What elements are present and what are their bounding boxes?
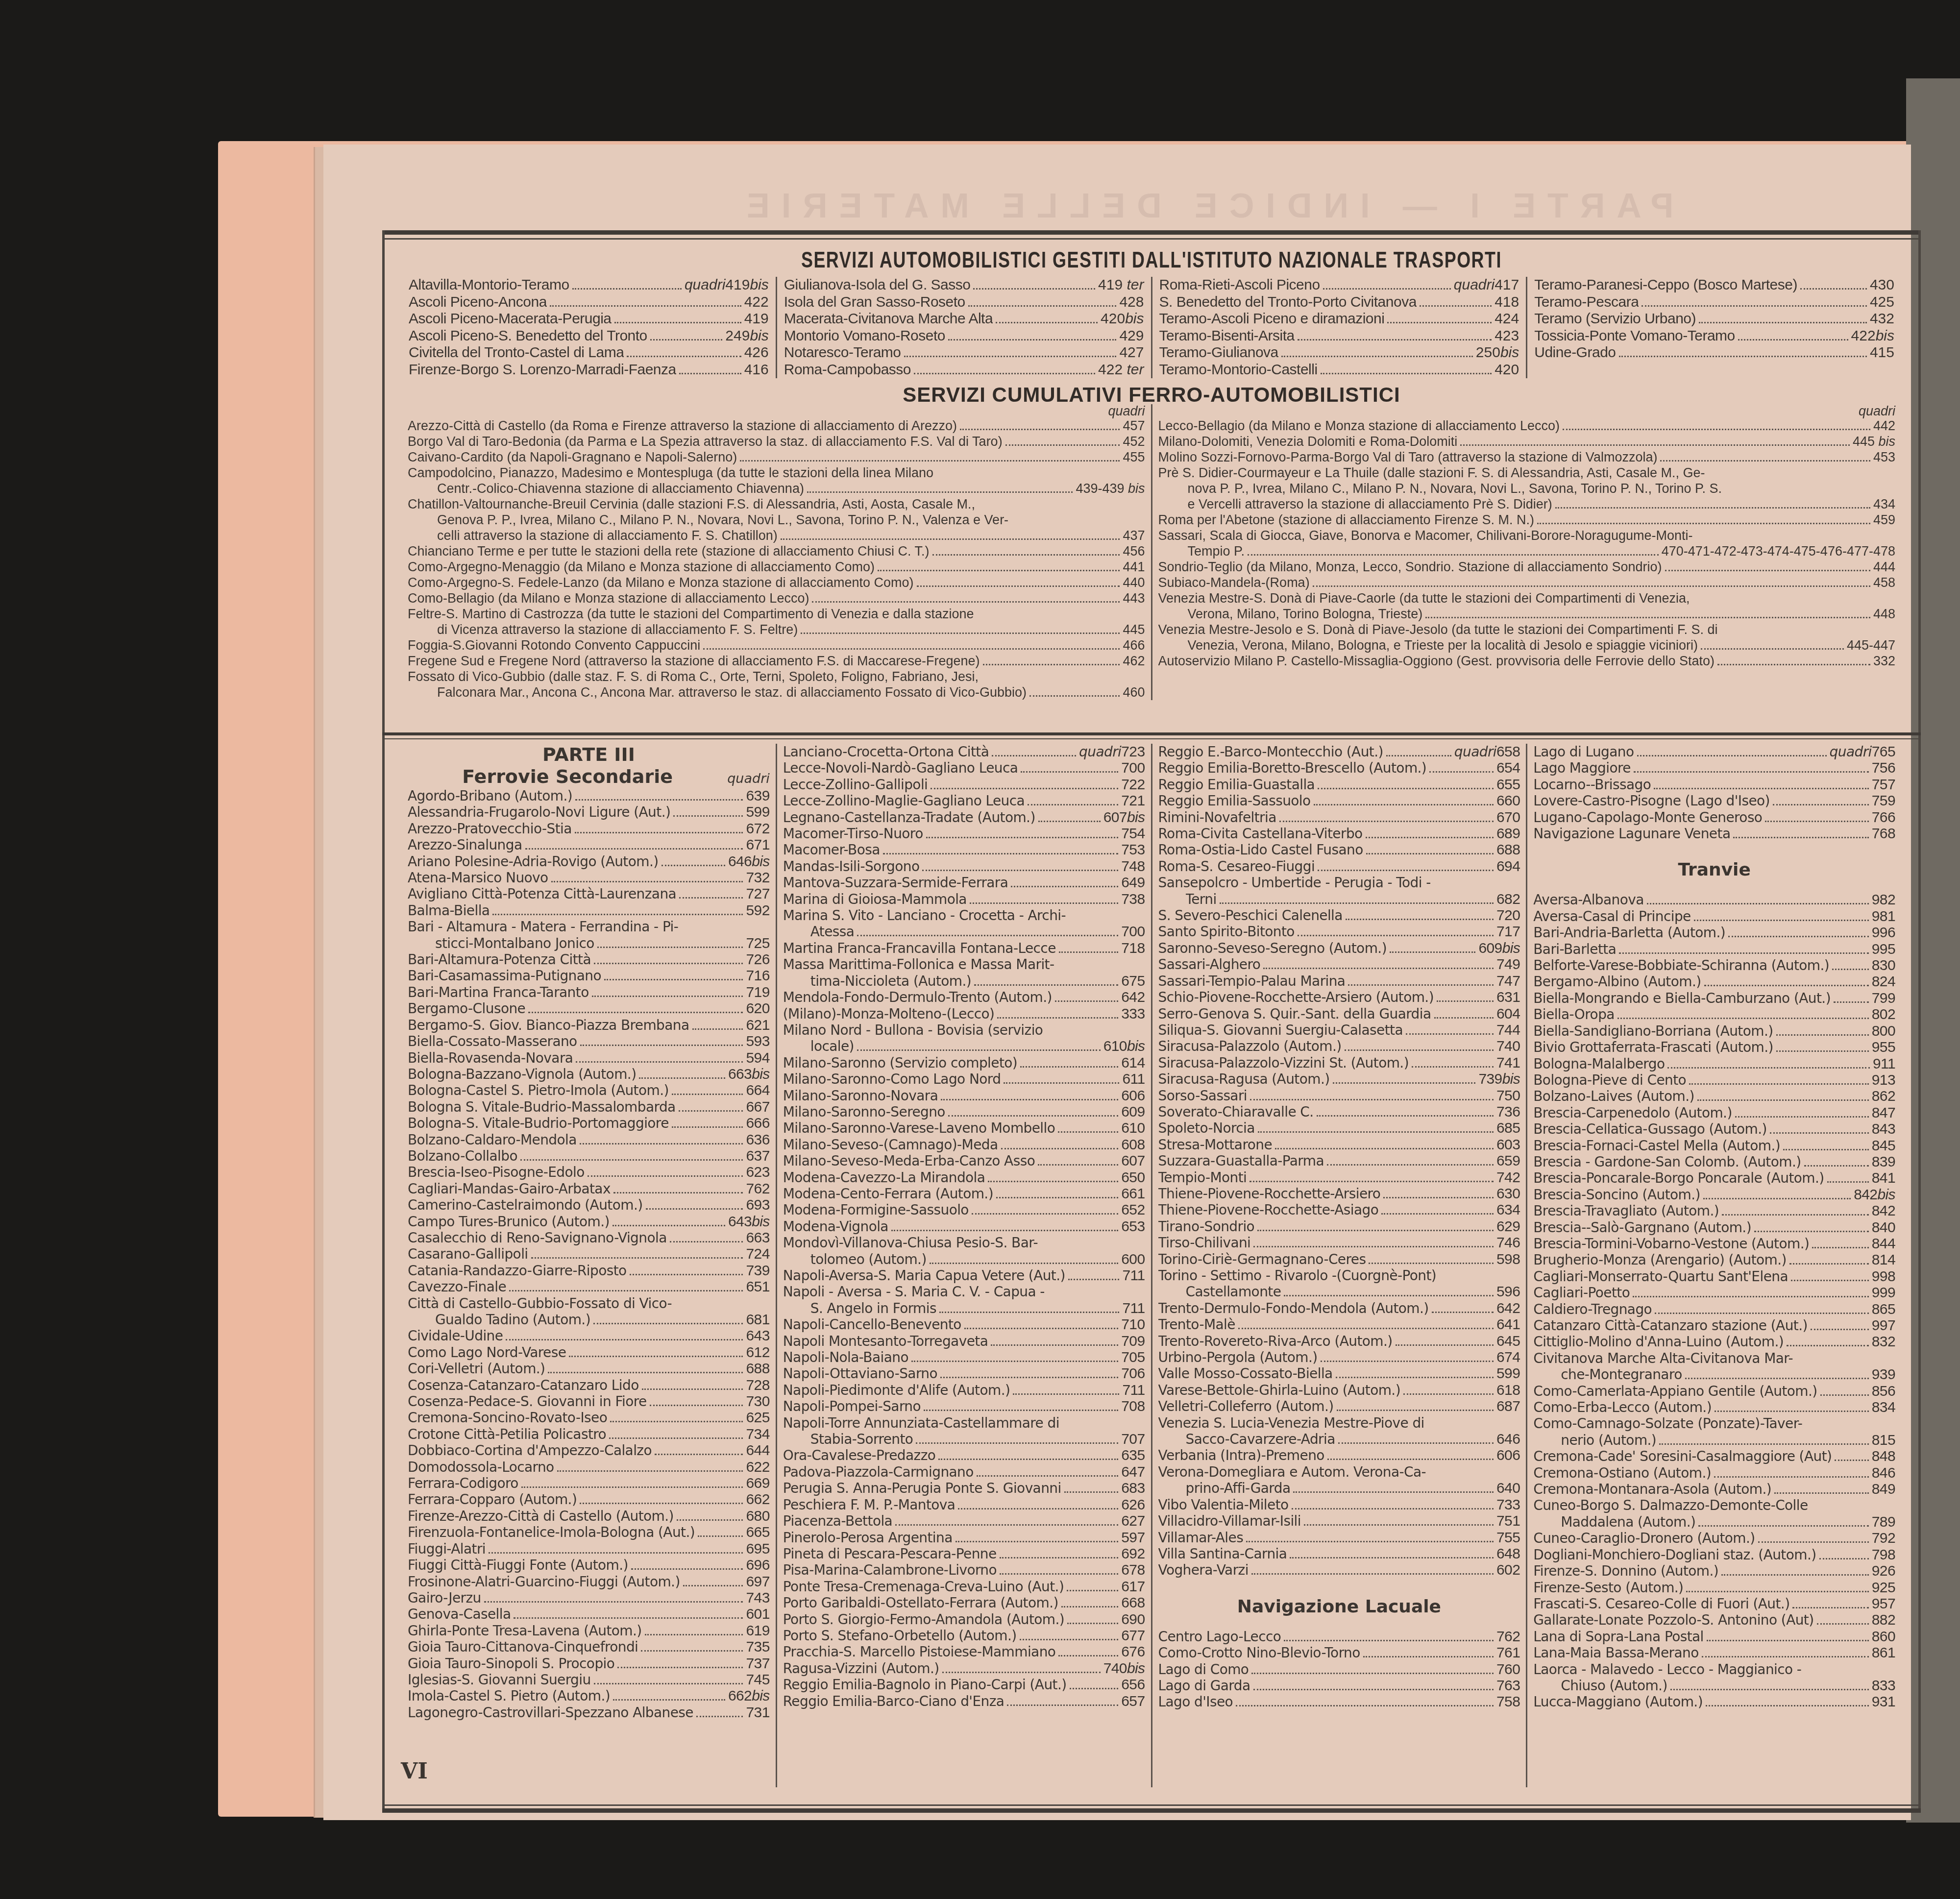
leader-dots: [1058, 1655, 1118, 1656]
index-entry: Lago di Garda763: [1158, 1678, 1520, 1694]
leader-dots: [594, 1683, 743, 1684]
leader-dots: [1275, 1148, 1494, 1149]
leader-dots: [1835, 1460, 1868, 1461]
table-number: 688: [746, 1361, 769, 1377]
leader-dots: [1758, 1541, 1869, 1543]
index-entry: Sondrio-Teglio (da Milano, Monza, Lecco,…: [1158, 559, 1896, 575]
table-number: 755: [1496, 1530, 1520, 1546]
table-number: 418: [1494, 294, 1519, 311]
index-entry: Brescia-Travagliato (Autom.)842: [1533, 1203, 1895, 1219]
index-entry: Fiuggi-Alatri695: [408, 1541, 770, 1557]
index-entry: Lana di Sopra-Lana Postal860: [1533, 1629, 1895, 1645]
leader-dots: [1697, 1099, 1869, 1101]
entry-name: Ariano Polesine-Adria-Rovigo (Autom.): [408, 853, 659, 870]
index-entry: (Milano)-Monza-Molteno-(Lecco)333: [783, 1006, 1145, 1022]
table-number: 426: [744, 344, 769, 362]
index-entry: Campo Tures-Brunico (Autom.)643bis: [408, 1214, 770, 1230]
table-number: 649: [1121, 875, 1145, 891]
entry-name: Modena-Cavezzo-La Mirandola: [783, 1169, 985, 1186]
index-entry-line: Laorca - Malavedo - Lecco - Maggianico -: [1533, 1661, 1895, 1678]
entry-name: Bolzano-Laives (Autom.): [1533, 1088, 1694, 1104]
section-divider: [382, 732, 1921, 735]
table-number: 634: [1496, 1202, 1520, 1218]
quadri-label: quadri: [408, 404, 1145, 418]
leader-dots: [1774, 1492, 1869, 1494]
entry-name: Bari-Altamura-Potenza Città: [408, 951, 591, 968]
leader-dots: [580, 1503, 743, 1504]
table-number: 663: [746, 1230, 769, 1246]
index-entry: Legnano-Castellanza-Tradate (Autom.)607b…: [783, 809, 1145, 826]
entry-name: Dogliani-Monchiero-Dogliani staz. (Autom…: [1533, 1547, 1816, 1563]
table-number: 620: [746, 1000, 769, 1017]
cumulative-services-grid: quadri Arezzo-Città di Castello (da Roma…: [402, 404, 1901, 700]
index-entry: Isola del Gran Sasso-Roseto428: [784, 294, 1144, 311]
table-number: 725: [746, 935, 769, 951]
table-number: 925: [1872, 1580, 1895, 1596]
leader-dots: [1058, 1131, 1118, 1133]
table-number: 422 ter: [1098, 362, 1144, 379]
table-number: 689: [1496, 826, 1520, 842]
index-entry: Castellamonte596: [1158, 1284, 1520, 1300]
table-number: 648: [1496, 1546, 1520, 1562]
index-entry-line: Sansepolcro - Umbertide - Perugia - Todi…: [1158, 875, 1520, 891]
index-entry: Tirso-Chilivani746: [1158, 1235, 1520, 1251]
table-number: 662: [746, 1491, 769, 1508]
table-number: 427: [1119, 344, 1144, 362]
index-entry: Domodossola-Locarno622: [408, 1459, 770, 1475]
entry-name: di Vicenza attraverso la stazione di all…: [437, 622, 798, 637]
index-entry-line: Prè S. Didier-Courmayeur e La Thuile (da…: [1158, 465, 1896, 481]
entry-name: sticci-Montalbano Jonico: [435, 935, 594, 951]
table-number: 849: [1872, 1481, 1895, 1497]
entry-name: Genova P. P., Ivrea, Milano C., Milano P…: [437, 512, 1008, 528]
index-entry: Firenzuola-Fontanelice-Imola-Bologna (Au…: [408, 1524, 770, 1540]
leader-dots: [1387, 322, 1492, 323]
index-entry: Martina Franca-Francavilla Fontana-Lecce…: [783, 940, 1145, 956]
leader-dots: [1800, 288, 1867, 290]
index-entry: Mantova-Suzzara-Sermide-Ferrara649: [783, 875, 1145, 891]
leader-dots: [1699, 322, 1867, 323]
table-number: 655: [1496, 777, 1520, 793]
leader-dots: [948, 339, 1117, 341]
table-number: 250bis: [1476, 344, 1519, 362]
index-entry: Teramo-Bisenti-Arsita423: [1159, 328, 1519, 345]
entry-name: Castellamonte: [1186, 1284, 1281, 1300]
entry-name: Teramo-Montorio-Castelli: [1159, 362, 1318, 379]
leader-dots: [631, 1568, 743, 1570]
cumulative-section-title: SERVIZI CUMULATIVI FERRO-AUTOMOBILISTICI: [382, 383, 1921, 407]
index-entry: Perugia S. Anna-Perugia Ponte S. Giovann…: [783, 1480, 1145, 1496]
table-number: 604: [1496, 1006, 1520, 1022]
leader-dots: [679, 373, 741, 374]
index-entry: Napoli Montesanto-Torregaveta709: [783, 1333, 1145, 1349]
entry-name: Roma-Campobasso: [784, 362, 911, 379]
leader-dots: [1318, 870, 1494, 871]
entry-name: Pisa-Marina-Calambrone-Livorno: [783, 1562, 997, 1578]
cumulative-list-left: Arezzo-Città di Castello (da Roma e Fire…: [408, 418, 1145, 700]
index-entry: Napoli-Cancello-Benevento710: [783, 1316, 1145, 1333]
table-number: 617: [1121, 1579, 1145, 1595]
entry-name: Maddalena (Autom.): [1561, 1514, 1695, 1530]
leader-dots: [1257, 1230, 1494, 1231]
leader-dots: [1819, 1558, 1869, 1559]
index-entry: Balma-Biella592: [408, 902, 770, 919]
table-number: 670: [1496, 809, 1520, 826]
leader-dots: [1007, 1704, 1118, 1706]
table-number: 707: [1121, 1431, 1145, 1447]
ferrovie-list-1: Agordo-Bribano (Autom.)639Alessandria-Fr…: [408, 788, 770, 1721]
leader-dots: [597, 947, 743, 948]
index-entry-line: Feltre-S. Martino di Castrozza (da tutte…: [408, 606, 1145, 622]
table-number: 668: [1121, 1595, 1145, 1611]
table-number: 705: [1121, 1349, 1145, 1365]
index-entry: Genova-Casella601: [408, 1606, 770, 1622]
entry-name: Roma-Rieti-Ascoli Piceno: [1159, 277, 1320, 294]
table-number: 462: [1123, 653, 1145, 669]
entry-name: Ghirla-Ponte Tresa-Lavena (Autom.): [408, 1623, 642, 1639]
leader-dots: [1792, 1607, 1868, 1608]
index-entry: Siracusa-Palazzolo (Autom.)740: [1158, 1038, 1520, 1054]
table-number: 422bis: [1851, 328, 1894, 345]
entry-name: Napoli-Piedimonte d'Alife (Autom.): [783, 1382, 1010, 1398]
entry-name: Ascoli Piceno-Macerata-Perugia: [409, 311, 612, 328]
index-entry: Cagliari-Poetto999: [1533, 1285, 1895, 1301]
table-number: 416: [744, 362, 769, 379]
index-entry: Macomer-Bosa753: [783, 842, 1145, 858]
table-number: 609bis: [1478, 940, 1520, 956]
table-number: 614: [1121, 1055, 1145, 1071]
leader-dots: [1001, 1148, 1119, 1149]
table-number: 844: [1872, 1236, 1895, 1252]
entry-name: Feltre-S. Martino di Castrozza (da tutte…: [408, 606, 974, 622]
entry-name: Bari-Casamassima-Putignano: [408, 968, 601, 984]
entry-name: Gioia Tauro-Cittanova-Cinquefrondi: [408, 1639, 638, 1655]
leader-dots: [1055, 1000, 1118, 1002]
leader-dots: [670, 1241, 743, 1242]
table-number: 423: [1494, 328, 1519, 345]
entry-name: Mendola-Fondo-Dermulo-Trento (Autom.): [783, 989, 1052, 1005]
leader-dots: [1251, 1573, 1494, 1575]
index-entry: Chianciano Terme e per tutte le stazioni…: [408, 543, 1145, 559]
entry-name: Gioia Tauro-Sinopoli S. Procopio: [408, 1656, 614, 1672]
index-entry: Thiene-Piovene-Rocchette-Asiago634: [1158, 1202, 1520, 1218]
entry-name: Arezzo-Sinalunga: [408, 837, 522, 853]
entry-name: Arezzo-Pratovecchio-Stia: [408, 821, 572, 837]
entry-name: Lagonegro-Castrovillari-Spezzano Albanes…: [408, 1704, 693, 1721]
index-entry: Bari-Andria-Barletta (Autom.)996: [1533, 925, 1895, 941]
table-number: 455: [1123, 449, 1145, 465]
table-number: 641: [1496, 1316, 1520, 1333]
entry-name: Lago di Garda: [1158, 1678, 1250, 1694]
entry-name: Bari-Barletta: [1533, 941, 1616, 957]
table-number: 420: [1494, 362, 1519, 379]
leader-dots: [1345, 1049, 1494, 1051]
index-entry-line: Napoli-Torre Annunziata-Castellammare di: [783, 1415, 1145, 1431]
table-number: 626: [1121, 1497, 1145, 1513]
leader-dots: [520, 1159, 743, 1161]
index-entry: Autoservizio Milano P. Castello-Missagli…: [1158, 653, 1896, 669]
entry-name: Serro-Genova S. Quir.-Sant. della Guardi…: [1158, 1006, 1431, 1022]
index-entry: Brescia-Carpenedolo (Autom.)847: [1533, 1105, 1895, 1121]
index-entry: Cremona-Cade' Soresini-Casalmaggiore (Au…: [1533, 1448, 1895, 1464]
entry-name: Napoli-Cancello-Benevento: [783, 1316, 961, 1333]
entry-name: Bologna-Bazzano-Vignola (Autom.): [408, 1066, 636, 1082]
index-entry: Bolzano-Caldaro-Mendola636: [408, 1132, 770, 1148]
index-entry: Porto S. Stefano-Orbetello (Autom.)677: [783, 1628, 1145, 1644]
index-entry-line: Marina S. Vito - Lanciano - Crocetta - A…: [783, 907, 1145, 924]
leader-dots: [1238, 1328, 1494, 1329]
index-entry: Roma-Campobasso422 ter: [784, 362, 1144, 379]
leader-dots: [514, 1617, 743, 1619]
table-number: 997: [1872, 1317, 1895, 1334]
table-number: 661: [1121, 1186, 1145, 1202]
entry-name: Massa Marittima-Follonica e Massa Marit-: [783, 956, 1054, 973]
index-entry: Stresa-Mottarone603: [1158, 1137, 1520, 1153]
table-number: 762: [1496, 1629, 1520, 1645]
table-number: 687: [1496, 1398, 1520, 1414]
index-entry: Valle Mosso-Cossato-Biella599: [1158, 1365, 1520, 1382]
table-number: 602: [1496, 1562, 1520, 1578]
index-entry: Atena-Marsico Nuovo732: [408, 870, 770, 886]
table-number: 717: [1496, 924, 1520, 940]
index-entry: Saronno-Seveso-Seregno (Autom.)609bis: [1158, 940, 1520, 956]
index-entry: Firenze-Sesto (Autom.)925: [1533, 1580, 1895, 1596]
entry-name: Legnano-Castellanza-Tradate (Autom.): [783, 809, 1035, 826]
table-number: 470-471-472-473-474-475-476-477-478: [1662, 543, 1895, 559]
frame-rule-top-thin: [382, 238, 1921, 240]
index-entry: Trento-Dermulo-Fondo-Mendola (Autom.)642: [1158, 1300, 1520, 1316]
leader-dots: [692, 1028, 743, 1030]
table-number: 746: [1496, 1235, 1520, 1251]
leader-dots: [1776, 1050, 1869, 1052]
table-number: 601: [746, 1606, 769, 1622]
entry-name: Iglesias-S. Giovanni Suergiu: [408, 1672, 591, 1688]
index-entry: Cagliari-Mandas-Gairo-Arbatax762: [408, 1181, 770, 1197]
table-number: 732: [746, 870, 769, 886]
index-entry: Modena-Cavezzo-La Mirandola650: [783, 1169, 1145, 1186]
leader-dots: [1686, 1591, 1868, 1592]
table-number: 735: [746, 1639, 769, 1655]
index-entry: Catanzaro Città-Catanzaro stazione (Aut.…: [1533, 1317, 1895, 1334]
index-entry: Roma-Ostia-Lido Castel Fusano688: [1158, 842, 1520, 858]
table-number: 724: [746, 1246, 769, 1262]
entry-name: Giulianova-Isola del G. Sasso: [784, 277, 971, 294]
index-entry: Verbania (Intra)-Premeno606: [1158, 1447, 1520, 1463]
index-entry: Bologna-Malalbergo911: [1533, 1056, 1895, 1072]
table-number: 445-447: [1847, 637, 1895, 653]
index-entry: locale)610bis: [783, 1038, 1145, 1054]
index-entry: Lecce-Zollino-Gallipoli722: [783, 777, 1145, 793]
table-number: 711: [1122, 1382, 1145, 1398]
leader-dots: [931, 788, 1118, 789]
index-entry: Firenze-S. Donnino (Autom.)926: [1533, 1563, 1895, 1579]
table-number: 738: [1121, 891, 1145, 907]
index-entry: Belforte-Varese-Bobbiate-Schiranna (Auto…: [1533, 957, 1895, 974]
leader-dots: [614, 322, 741, 323]
entry-name: Civitanova Marche Alta-Civitanova Mar-: [1533, 1350, 1793, 1366]
entry-name: Firenze-Borgo S. Lorenzo-Marradi-Faenza: [409, 362, 676, 379]
quadri-label: quadri: [1158, 404, 1896, 418]
index-entry: Locarno--Brissago757: [1533, 777, 1895, 793]
table-number: 721: [1121, 793, 1145, 809]
table-number: 700: [1121, 760, 1145, 776]
table-number: 610: [1121, 1120, 1145, 1136]
ferrovie-heading: Ferrovie Secondarie quadri: [408, 765, 770, 788]
index-entry: Teramo-Pescara425: [1534, 294, 1894, 311]
index-entry-line: Sassari, Scala di Giocca, Giave, Bonorva…: [1158, 528, 1896, 543]
index-entry: Serro-Genova S. Quir.-Sant. della Guardi…: [1158, 1006, 1520, 1022]
index-entry: Bologna-Pieve di Cento913: [1533, 1072, 1895, 1088]
index-entry: di Vicenza attraverso la stazione di all…: [408, 622, 1145, 637]
entry-name: Macerata-Civitanova Marche Alta: [784, 311, 993, 328]
table-number: 748: [1121, 858, 1145, 875]
leader-dots: [528, 1012, 743, 1013]
leader-dots: [1313, 585, 1870, 587]
table-number: 332: [1873, 653, 1895, 669]
index-entry: Bergamo-Clusone620: [408, 1000, 770, 1017]
leader-dots: [916, 1442, 1118, 1444]
table-number: 763: [1496, 1678, 1520, 1694]
leader-dots: [1067, 1623, 1118, 1624]
index-entry: Arezzo-Pratovecchio-Stia672: [408, 821, 770, 837]
leader-dots: [1067, 1590, 1118, 1591]
index-entry: Cosenza-Catanzaro-Catanzaro Lido728: [408, 1377, 770, 1393]
index-entry: Macomer-Tirso-Nuoro754: [783, 826, 1145, 842]
index-entry-line: Genova P. P., Ivrea, Milano C., Milano P…: [408, 512, 1145, 528]
entry-name: Verbania (Intra)-Premeno: [1158, 1447, 1324, 1463]
index-entry-line: Milano Nord - Bullona - Bovisia (servizi…: [783, 1022, 1145, 1038]
entry-name: Marina S. Vito - Lanciano - Crocetta - A…: [783, 907, 1066, 924]
leader-dots: [1304, 1524, 1494, 1526]
leader-dots: [575, 832, 743, 833]
entry-name: Brescia - Gardone-San Colomb. (Autom.): [1533, 1154, 1801, 1170]
index-entry: Brescia - Gardone-San Colomb. (Autom.)83…: [1533, 1154, 1895, 1170]
index-entry: Brugherio-Monza (Arengario) (Autom.)814: [1533, 1252, 1895, 1268]
leader-dots: [1281, 356, 1473, 357]
entry-name: Como-Camnago-Solzate (Ponzate)-Taver-: [1533, 1415, 1802, 1432]
table-number: 647: [1121, 1464, 1145, 1480]
table-number: 683: [1121, 1480, 1145, 1496]
int-services-grid: Altavilla-Montorio-Teramoquadri 419bisAs…: [402, 277, 1901, 378]
table-number: 429: [1119, 328, 1144, 345]
index-entry: Cividale-Udine643: [408, 1328, 770, 1344]
index-entry: Brescia-Fornaci-Castel Mella (Autom.)845: [1533, 1138, 1895, 1154]
leader-dots: [1641, 305, 1867, 307]
table-number: 742: [1496, 1169, 1520, 1186]
table-number: 456: [1123, 543, 1145, 559]
entry-name: Arezzo-Città di Castello (da Roma e Fire…: [408, 418, 957, 434]
entry-name: Ponte Tresa-Cremenaga-Creva-Luino (Aut.): [783, 1579, 1064, 1595]
index-entry-line: Napoli - Aversa - S. Maria C. V. - Capua…: [783, 1284, 1145, 1300]
index-entry: Siliqua-S. Giovanni Suergiu-Calasetta744: [1158, 1022, 1520, 1038]
index-entry: Firenze-Arezzo-Città di Castello (Autom.…: [408, 1508, 770, 1524]
entry-name: Borgo Val di Taro-Bedonia (da Parma e La…: [408, 434, 1003, 449]
leader-dots: [484, 1601, 743, 1603]
leader-dots: [1020, 1066, 1118, 1068]
index-entry: Lago di Como760: [1158, 1661, 1520, 1678]
leader-dots: [703, 648, 1120, 650]
entry-name: Venezia Mestre-Jesolo e S. Donà di Piave…: [1158, 622, 1718, 637]
leader-dots: [968, 305, 1117, 307]
leader-dots: [1834, 1001, 1869, 1003]
table-number: 666: [746, 1115, 769, 1131]
table-number: 619: [746, 1623, 769, 1639]
leader-dots: [1321, 373, 1492, 374]
index-entry: Cori-Velletri (Autom.)688: [408, 1361, 770, 1377]
index-entry: Molino Sozzi-Fornovo-Parma-Borgo Val di …: [1158, 449, 1896, 465]
index-entry-line: Campodolcino, Pianazzo, Madesimo e Monte…: [408, 465, 1145, 481]
entry-name: Atena-Marsico Nuovo: [408, 870, 548, 886]
leader-dots: [1068, 1279, 1120, 1280]
index-entry: Ferrara-Codigoro669: [408, 1475, 770, 1491]
table-number: 716: [746, 968, 769, 984]
table-number: 765: [1872, 744, 1895, 760]
leader-dots: [1698, 1525, 1868, 1527]
leader-dots: [1298, 339, 1492, 341]
entry-name: Villacidro-Villamar-Isili: [1158, 1513, 1301, 1529]
leader-dots: [1717, 664, 1870, 665]
table-number: 659: [1496, 1153, 1520, 1169]
tranvie-list: Aversa-Albanova982Aversa-Casal di Princi…: [1533, 892, 1895, 1710]
index-entry: Teramo-Ascoli Piceno e diramazioni424: [1159, 311, 1519, 328]
leader-dots: [1284, 1640, 1494, 1641]
entry-name: Cividale-Udine: [408, 1328, 503, 1344]
leader-dots: [1634, 771, 1869, 773]
table-number: 682: [1496, 891, 1520, 907]
table-number: 466: [1123, 637, 1145, 653]
table-number: 882: [1872, 1612, 1895, 1628]
table-number: 460: [1123, 684, 1145, 700]
table-number: 747: [1496, 973, 1520, 989]
leader-dots: [992, 755, 1076, 756]
table-number: 741: [1496, 1055, 1520, 1071]
leader-dots: [781, 538, 1120, 540]
entry-name: Bari - Altamura - Matera - Ferrandina - …: [408, 919, 678, 935]
index-entry: Napoli-Aversa-S. Maria Capua Vetere (Aut…: [783, 1267, 1145, 1284]
leader-dots: [569, 1356, 743, 1357]
entry-name: Spoleto-Norcia: [1158, 1120, 1255, 1136]
navigazione-title: Navigazione Lacuale: [1158, 1596, 1520, 1618]
entry-name: S. Angelo in Formis: [810, 1300, 936, 1316]
index-entry: Centr.-Colico-Chiavenna stazione di alla…: [408, 481, 1145, 496]
index-entry: Milano-Saronno (Servizio completo)614: [783, 1055, 1145, 1071]
entry-name: Pineta di Pescara-Pescara-Penne: [783, 1546, 997, 1562]
leader-dots: [1021, 771, 1118, 773]
table-number: 688: [1496, 842, 1520, 858]
table-number: 848: [1872, 1448, 1895, 1464]
entry-name: Teramo-Pescara: [1534, 294, 1639, 311]
entry-name: Porto S. Stefano-Orbetello (Autom.): [783, 1628, 1017, 1644]
entry-name: Saronno-Seveso-Seregno (Autom.): [1158, 940, 1387, 956]
entry-name: Cremona-Soncino-Rovato-Iseo: [408, 1410, 607, 1426]
entry-name: Cagliari-Mandas-Gairo-Arbatax: [408, 1181, 611, 1197]
leader-dots: [679, 897, 743, 899]
entry-name: Genova-Casella: [408, 1606, 511, 1622]
entry-name: Agordo-Bribano (Autom.): [408, 788, 572, 804]
parte-iii-column-2: Lanciano-Crocetta-Ortona Cittàquadri 723…: [777, 744, 1152, 1787]
table-number: 761: [1496, 1645, 1520, 1661]
index-entry: Imola-Castel S. Pietro (Autom.)662bis: [408, 1688, 770, 1704]
leader-dots: [973, 288, 1095, 290]
entry-name: Aversa-Casal di Principe: [1533, 908, 1690, 925]
table-number: 840: [1872, 1219, 1895, 1236]
table-number: 740: [1496, 1038, 1520, 1054]
index-entry: Brescia-Soncino (Autom.)842bis: [1533, 1187, 1895, 1203]
table-number: 731: [746, 1704, 769, 1721]
index-entry: Brescia--Salò-Gargnano (Autom.)840: [1533, 1219, 1895, 1236]
entry-name: locale): [810, 1038, 854, 1054]
index-entry: Brescia-Cellatica-Gussago (Autom.)843: [1533, 1121, 1895, 1137]
